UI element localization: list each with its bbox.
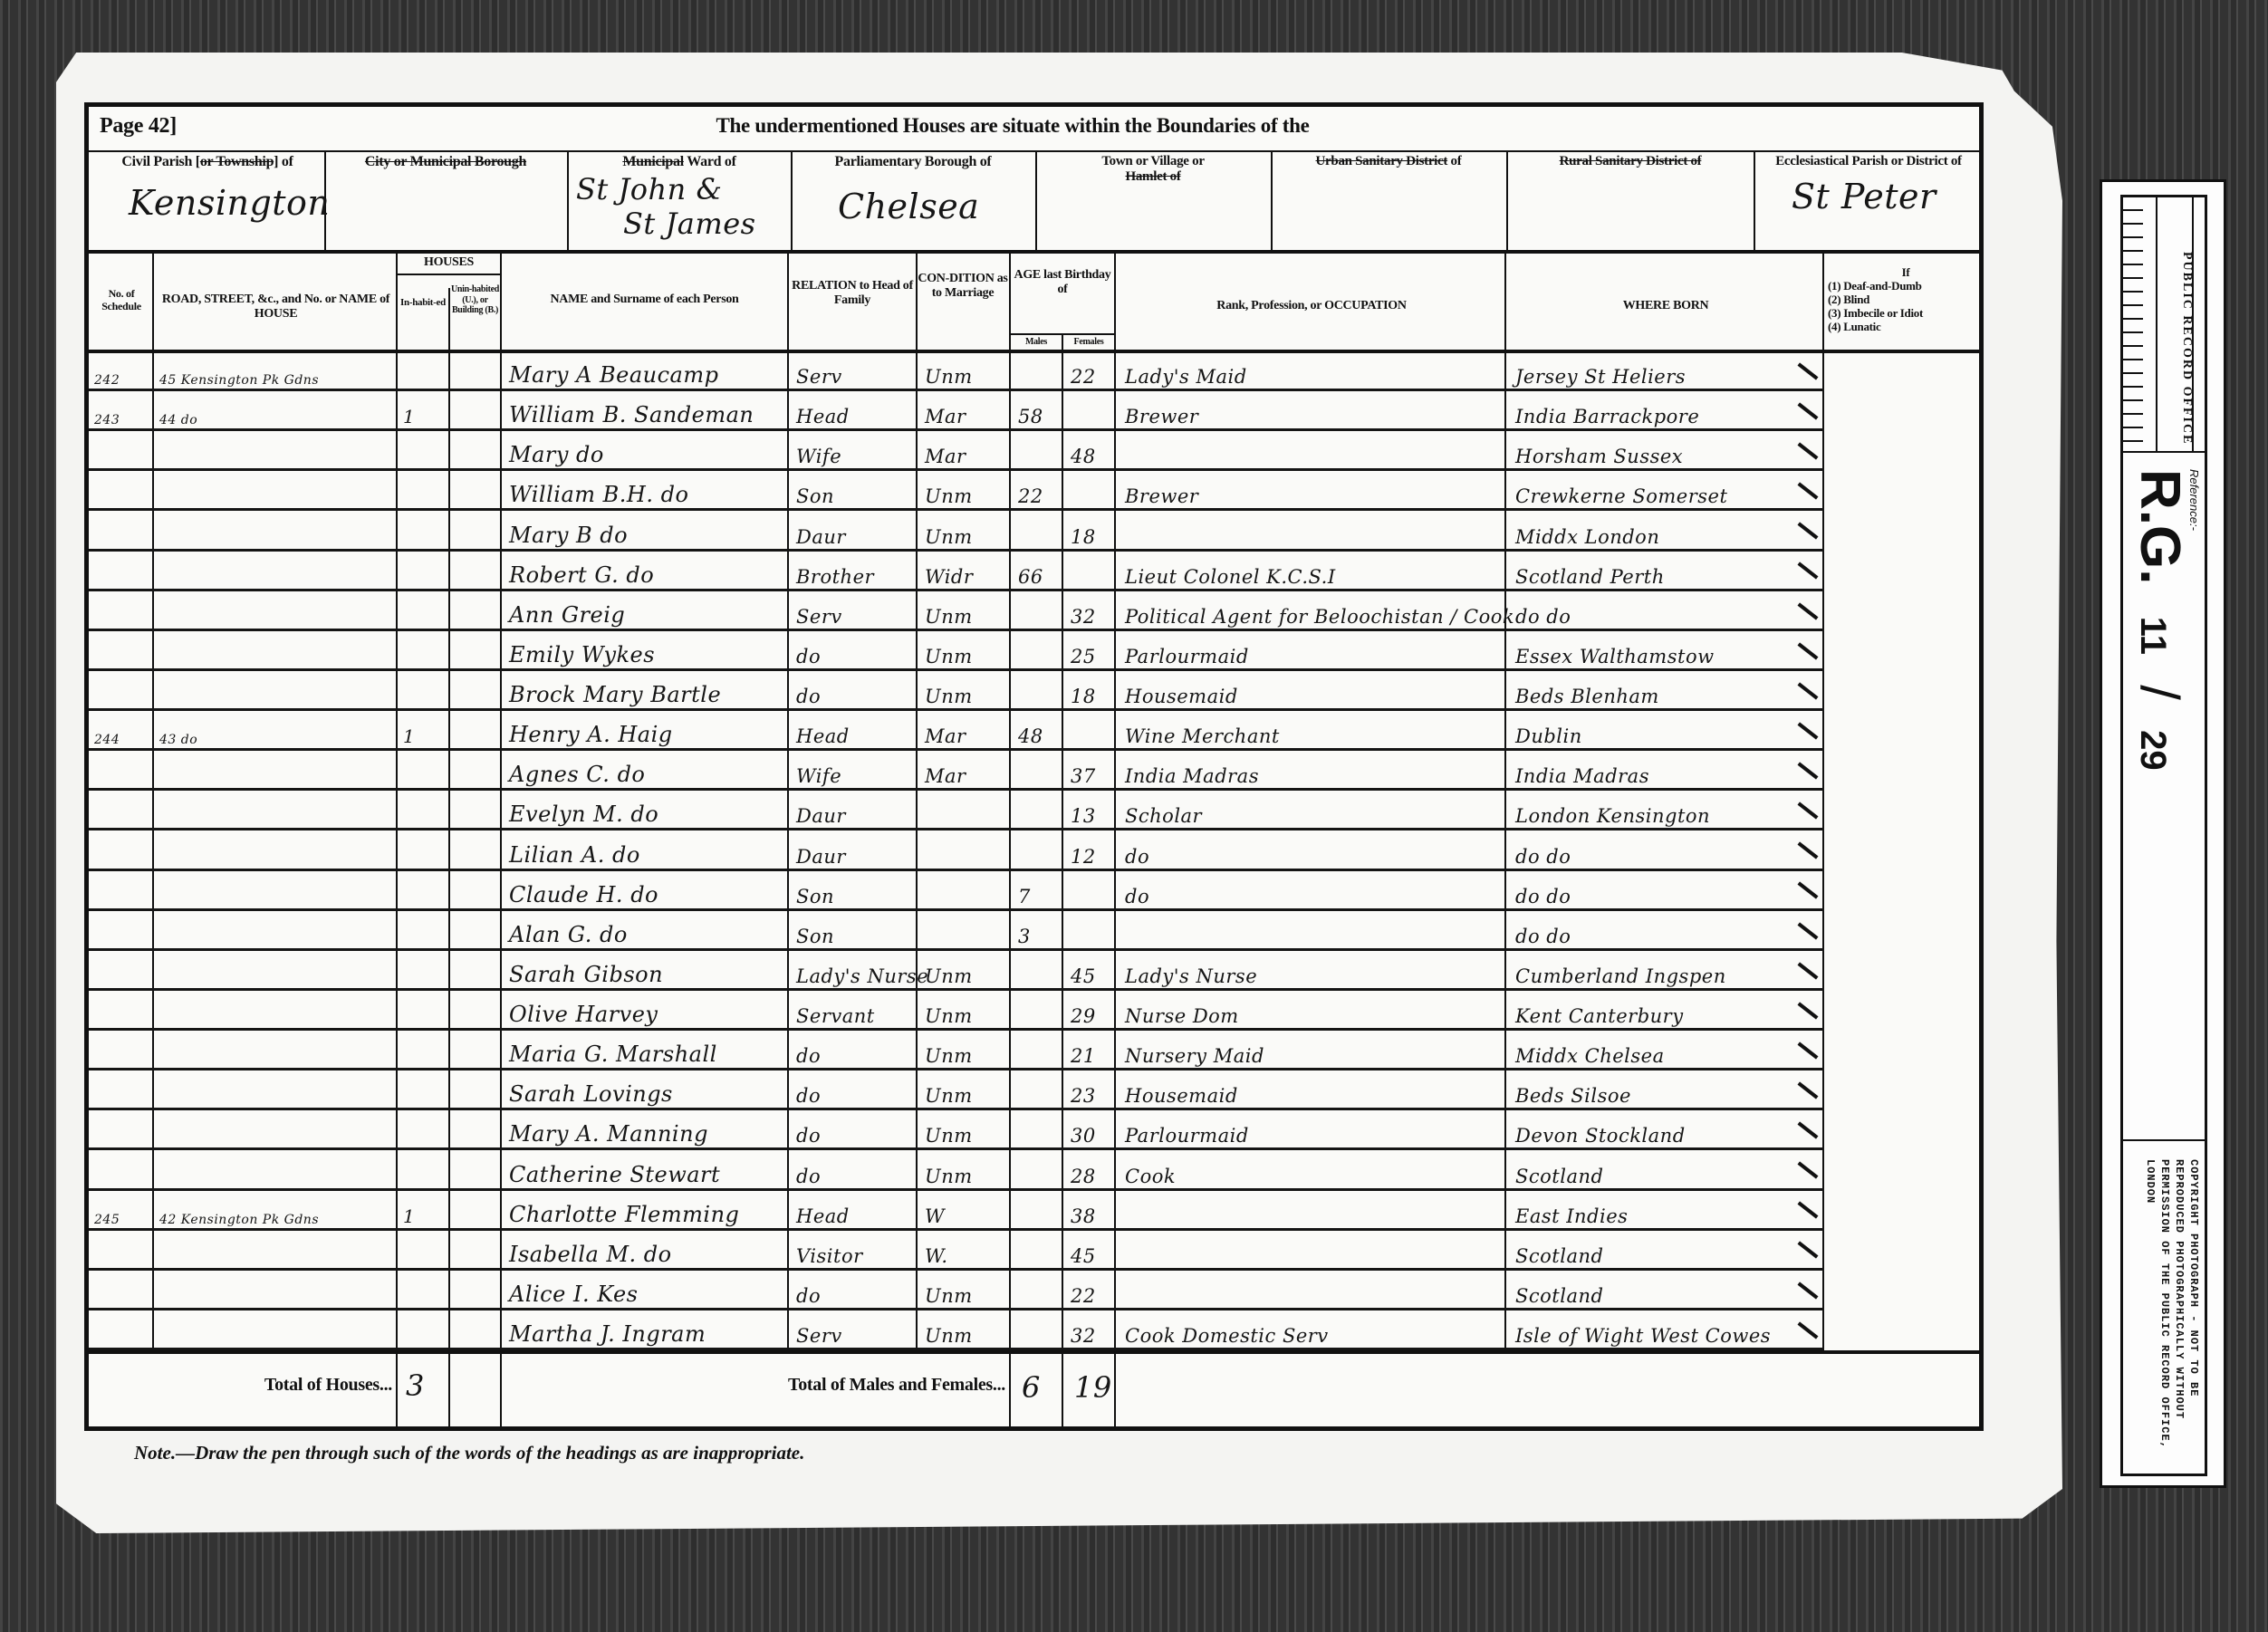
ecclesiastical-parish-value: St Peter [1755, 177, 1982, 216]
female-age-cell: 23 [1065, 1070, 1114, 1110]
occupation-cell: Housemaid [1120, 671, 1504, 711]
table-row: Claude H. doSon7dodo do [89, 871, 1980, 911]
female-age-cell: 22 [1065, 351, 1114, 391]
table-row: Sarah GibsonLady's NurseUnm45Lady's Nurs… [89, 951, 1980, 991]
relation-cell: Head [791, 711, 916, 751]
female-age-cell: 28 [1065, 1150, 1114, 1190]
female-age-cell: 30 [1065, 1110, 1114, 1150]
uninhabited-cell [450, 511, 500, 551]
name-cell: William B.H. do [504, 471, 787, 511]
relation-cell: Visitor [791, 1231, 916, 1271]
district-ecclesiastical-parish: Ecclesiastical Parish or District of St … [1755, 154, 1982, 216]
name-cell: Robert G. do [504, 552, 787, 591]
struck-text: Municipal [622, 154, 684, 169]
district-label: Ecclesiastical Parish or District of [1755, 154, 1982, 169]
table-row: Lilian A. doDaur12dodo do [89, 830, 1980, 870]
table-row: Catherine StewartdoUnm28CookScotland [89, 1150, 1980, 1190]
table-row: 24245 Kensington Pk GdnsMary A BeaucampS… [89, 351, 1980, 391]
inhabited-cell [398, 751, 448, 791]
inhabited-cell [398, 431, 448, 471]
relation-cell: Wife [791, 431, 916, 471]
relation-cell: do [791, 1070, 916, 1110]
schedule-cell [89, 911, 152, 951]
table-row: Agnes C. doWifeMar37India MadrasIndia Ma… [89, 751, 1980, 791]
occupation-cell: Cook Domestic Serv [1120, 1310, 1504, 1350]
inhabited-cell [398, 1271, 448, 1310]
page-title: The undermentioned Houses are situate wi… [668, 114, 1357, 138]
divider [89, 1350, 1979, 1354]
ref-series: R.G. [2129, 469, 2191, 584]
occupation-cell: Housemaid [1120, 1070, 1504, 1110]
road-cell [154, 1150, 396, 1190]
strip-frame: PUBLIC RECORD OFFICE Reference:- R.G. 11… [2120, 195, 2207, 1476]
table-row: 24443 do1Henry A. HaigHeadMar48Wine Merc… [89, 711, 1980, 751]
relation-cell: Servant [791, 991, 916, 1031]
name-cell: Isabella M. do [504, 1231, 787, 1271]
uninhabited-cell [450, 471, 500, 511]
where-born-cell: Scotland [1510, 1271, 1822, 1310]
name-cell: Alan G. do [504, 911, 787, 951]
where-born-cell: Scotland [1510, 1150, 1822, 1190]
infirmity-option: (2) Blind [1828, 293, 1984, 307]
road-cell [154, 991, 396, 1031]
uninhabited-cell [450, 631, 500, 671]
schedule-cell [89, 1150, 152, 1190]
road-cell [154, 552, 396, 591]
name-cell: Martha J. Ingram [504, 1310, 787, 1350]
condition-cell [919, 911, 1009, 951]
inhabited-cell: 1 [398, 1191, 448, 1231]
table-row: Alice I. KesdoUnm22Scotland [89, 1271, 1980, 1310]
uninhabited-cell [450, 1070, 500, 1110]
relation-cell: Daur [791, 791, 916, 830]
uninhabited-cell [450, 1231, 500, 1271]
uninhabited-cell [450, 1150, 500, 1190]
male-age-cell: 66 [1013, 552, 1062, 591]
occupation-cell: India Madras [1120, 751, 1504, 791]
road-cell [154, 1031, 396, 1070]
inhabited-cell [398, 1310, 448, 1350]
condition-cell [919, 871, 1009, 911]
relation-cell: Serv [791, 591, 916, 631]
road-cell [154, 631, 396, 671]
condition-cell: Mar [919, 711, 1009, 751]
uninhabited-cell [450, 552, 500, 591]
table-row: 24542 Kensington Pk Gdns1Charlotte Flemm… [89, 1191, 1980, 1231]
relation-cell: Brother [791, 552, 916, 591]
relation-cell: Son [791, 911, 916, 951]
name-cell: Mary do [504, 431, 787, 471]
name-cell: Evelyn M. do [504, 791, 787, 830]
schedule-cell [89, 830, 152, 870]
schedule-cell [89, 1070, 152, 1110]
road-cell [154, 951, 396, 991]
male-age-cell: 48 [1013, 711, 1062, 751]
parliamentary-borough-value: Chelsea [793, 187, 1033, 226]
road-cell [154, 431, 396, 471]
district-municipal-ward: Municipal Ward of St John & St James [569, 154, 790, 241]
condition-cell: Mar [919, 431, 1009, 471]
schedule-cell [89, 511, 152, 551]
male-age-cell [1013, 431, 1062, 471]
road-cell [154, 751, 396, 791]
male-age-cell [1013, 991, 1062, 1031]
female-age-cell: 18 [1065, 671, 1114, 711]
uninhabited-cell [450, 830, 500, 870]
ward-value-line1: St John & [569, 172, 790, 206]
schedule-cell [89, 471, 152, 511]
name-cell: Olive Harvey [504, 991, 787, 1031]
inhabited-cell [398, 1031, 448, 1070]
inhabited-cell [398, 791, 448, 830]
relation-cell: Lady's Nurse [791, 951, 916, 991]
struck-text: Rural Sanitary District of [1508, 154, 1753, 169]
uninhabited-cell [450, 751, 500, 791]
inhabited-cell [398, 471, 448, 511]
ref-piece: 11 [2133, 617, 2173, 655]
col-occupation: Rank, Profession, or OCCUPATION [1118, 299, 1505, 313]
road-cell [154, 1271, 396, 1310]
male-age-cell [1013, 1310, 1062, 1350]
where-born-cell: India Madras [1510, 751, 1822, 791]
divider [2123, 1139, 2205, 1141]
occupation-cell: Lady's Nurse [1120, 951, 1504, 991]
inhabited-cell: 1 [398, 711, 448, 751]
schedule-cell: 243 [89, 391, 152, 431]
table-row: Evelyn M. doDaur13ScholarLondon Kensingt… [89, 791, 1980, 830]
where-born-cell: Middx London [1510, 511, 1822, 551]
name-cell: Brock Mary Bartle [504, 671, 787, 711]
relation-cell: do [791, 1031, 916, 1070]
col-age: AGE last Birthday of [1011, 268, 1114, 297]
col-name: NAME and Surname of each Person [502, 293, 787, 307]
male-age-cell [1013, 671, 1062, 711]
road-cell: 44 do [154, 391, 396, 431]
district-label: Parliamentary Borough of [793, 154, 1033, 170]
total-houses-label: Total of Houses... [197, 1375, 392, 1396]
male-age-cell: 3 [1013, 911, 1062, 951]
male-age-cell [1013, 951, 1062, 991]
male-age-cell [1013, 631, 1062, 671]
male-age-cell [1013, 1070, 1062, 1110]
struck-text: Urban Sanitary District [1316, 154, 1448, 168]
condition-cell: Mar [919, 751, 1009, 791]
uninhabited-cell [450, 591, 500, 631]
male-age-cell [1013, 1231, 1062, 1271]
schedule-cell [89, 1031, 152, 1070]
male-age-cell [1013, 830, 1062, 870]
condition-cell: Unm [919, 471, 1009, 511]
office-name: PUBLIC RECORD OFFICE [2179, 252, 2194, 445]
road-cell [154, 1231, 396, 1271]
name-cell: Sarah Gibson [504, 951, 787, 991]
inhabited-cell [398, 911, 448, 951]
schedule-cell [89, 1271, 152, 1310]
uninhabited-cell [450, 1271, 500, 1310]
female-age-cell: 32 [1065, 591, 1114, 631]
page-number: Page 42] [100, 114, 177, 139]
total-houses-value: 3 [406, 1368, 425, 1403]
reference-number: R.G. 11 / 29 [2128, 469, 2192, 771]
total-persons-label: Total of Males and Females... [723, 1375, 1005, 1396]
col-infirmity: If (1) Deaf-and-Dumb (2) Blind (3) Imbec… [1828, 266, 1984, 334]
occupation-cell: Lady's Maid [1120, 351, 1504, 391]
schedule-cell [89, 431, 152, 471]
occupation-cell: Parlourmaid [1120, 631, 1504, 671]
schedule-cell [89, 991, 152, 1031]
name-cell: Sarah Lovings [504, 1070, 787, 1110]
male-age-cell [1013, 1110, 1062, 1150]
condition-cell: Unm [919, 1150, 1009, 1190]
road-cell [154, 671, 396, 711]
occupation-cell [1120, 911, 1504, 951]
table-row: Brock Mary BartledoUnm18HousemaidBeds Bl… [89, 671, 1980, 711]
schedule-cell: 242 [89, 351, 152, 391]
table-row: William B.H. doSonUnm22BrewerCrewkerne S… [89, 471, 1980, 511]
uninhabited-cell [450, 1031, 500, 1070]
condition-cell: Widr [919, 552, 1009, 591]
where-born-cell: Cumberland Ingspen [1510, 951, 1822, 991]
occupation-cell [1120, 1231, 1504, 1271]
name-cell: Claude H. do [504, 871, 787, 911]
relation-cell: Son [791, 471, 916, 511]
where-born-cell: Crewkerne Somerset [1510, 471, 1822, 511]
relation-cell: Daur [791, 511, 916, 551]
inhabited-cell [398, 351, 448, 391]
occupation-cell: do [1120, 830, 1504, 870]
male-age-cell [1013, 791, 1062, 830]
inhabited-cell [398, 511, 448, 551]
relation-cell: Serv [791, 351, 916, 391]
road-cell [154, 911, 396, 951]
table-row: Robert G. doBrotherWidr66Lieut Colonel K… [89, 552, 1980, 591]
female-age-cell: 18 [1065, 511, 1114, 551]
inhabited-cell [398, 871, 448, 911]
occupation-cell: Brewer [1120, 391, 1504, 431]
female-age-cell [1065, 471, 1114, 511]
where-born-cell: do do [1510, 830, 1822, 870]
male-age-cell [1013, 351, 1062, 391]
struck-text: or Township [200, 154, 274, 169]
female-age-cell: 12 [1065, 830, 1114, 870]
female-age-cell: 29 [1065, 991, 1114, 1031]
uninhabited-cell [450, 951, 500, 991]
condition-cell: Unm [919, 631, 1009, 671]
where-born-cell: Essex Walthamstow [1510, 631, 1822, 671]
male-age-cell [1013, 1271, 1062, 1310]
infirmity-title: If [1828, 266, 1984, 280]
col-uninhabited: Unin-habited (U.), or Building (B.) [450, 284, 500, 316]
inhabited-cell [398, 1150, 448, 1190]
table-row: Emily WykesdoUnm25ParlourmaidEssex Walth… [89, 631, 1980, 671]
district-town-village: Town or Village orHamlet of [1037, 154, 1269, 186]
relation-cell: do [791, 1271, 916, 1310]
female-age-cell: 32 [1065, 1310, 1114, 1350]
district-municipal-borough: City or Municipal Borough [326, 154, 565, 170]
where-born-cell: do do [1510, 911, 1822, 951]
uninhabited-cell [450, 431, 500, 471]
table-row: Ann GreigServUnm32Political Agent for Be… [89, 591, 1980, 631]
uninhabited-cell [450, 911, 500, 951]
male-age-cell: 58 [1013, 391, 1062, 431]
infirmity-option: (1) Deaf-and-Dumb [1828, 280, 1984, 293]
occupation-cell: Parlourmaid [1120, 1110, 1504, 1150]
condition-cell: Unm [919, 951, 1009, 991]
where-born-cell: Scotland [1510, 1231, 1822, 1271]
name-cell: Emily Wykes [504, 631, 787, 671]
schedule-cell [89, 1231, 152, 1271]
total-females-value: 19 [1074, 1370, 1112, 1405]
male-age-cell [1013, 511, 1062, 551]
table-row: Sarah LovingsdoUnm23HousemaidBeds Silsoe [89, 1070, 1980, 1110]
uninhabited-cell [450, 791, 500, 830]
where-born-cell: Horsham Sussex [1510, 431, 1822, 471]
name-cell: Charlotte Flemming [504, 1191, 787, 1231]
female-age-cell: 37 [1065, 751, 1114, 791]
relation-cell: do [791, 1150, 916, 1190]
female-age-cell: 48 [1065, 431, 1114, 471]
occupation-cell: Political Agent for Beloochistan / Cook [1120, 591, 1504, 631]
inhabited-cell [398, 671, 448, 711]
occupation-cell: do [1120, 871, 1504, 911]
road-cell [154, 830, 396, 870]
schedule-cell [89, 552, 152, 591]
district-urban-sanitary: Urban Sanitary District of [1273, 154, 1504, 169]
occupation-cell: Scholar [1120, 791, 1504, 830]
road-cell [154, 511, 396, 551]
male-age-cell: 7 [1013, 871, 1062, 911]
table-row: Mary A. ManningdoUnm30ParlourmaidDevon S… [89, 1110, 1980, 1150]
condition-cell: Unm [919, 1271, 1009, 1310]
name-cell: Lilian A. do [504, 830, 787, 870]
col-where-born: WHERE BORN [1508, 299, 1823, 313]
occupation-cell [1120, 511, 1504, 551]
where-born-cell: Kent Canterbury [1510, 991, 1822, 1031]
relation-cell: Daur [791, 830, 916, 870]
ref-separator: / [2129, 685, 2190, 700]
female-age-cell [1065, 552, 1114, 591]
where-born-cell: Jersey St Heliers [1510, 351, 1822, 391]
where-born-cell: Beds Silsoe [1510, 1070, 1822, 1110]
col-females: Females [1063, 337, 1114, 348]
condition-cell: Unm [919, 351, 1009, 391]
uninhabited-cell [450, 1310, 500, 1350]
name-cell: Mary A. Manning [504, 1110, 787, 1150]
inhabited-cell [398, 1231, 448, 1271]
occupation-cell: Brewer [1120, 471, 1504, 511]
district-civil-parish: Civil Parish [or Township] of Kensington [92, 154, 322, 223]
uninhabited-cell [450, 991, 500, 1031]
copyright-notice: COPYRIGHT PHOTOGRAPH - NOT TO BE REPRODU… [2143, 1159, 2201, 1467]
condition-cell: Unm [919, 671, 1009, 711]
relation-cell: Head [791, 391, 916, 431]
table-row: 24344 do1William B. SandemanHeadMar58Bre… [89, 391, 1980, 431]
col-males: Males [1011, 337, 1062, 348]
occupation-cell [1120, 1271, 1504, 1310]
table-row: Mary doWifeMar48Horsham Sussex [89, 431, 1980, 471]
col-condition: CON-DITION as to Marriage [918, 272, 1008, 301]
divider [89, 250, 1979, 254]
name-cell: Agnes C. do [504, 751, 787, 791]
male-age-cell [1013, 1031, 1062, 1070]
inhabited-cell [398, 1070, 448, 1110]
where-born-cell: London Kensington [1510, 791, 1822, 830]
road-cell: 43 do [154, 711, 396, 751]
where-born-cell: Isle of Wight West Cowes [1510, 1310, 1822, 1350]
inhabited-cell [398, 991, 448, 1031]
female-age-cell: 22 [1065, 1271, 1114, 1310]
uninhabited-cell [450, 671, 500, 711]
condition-cell [919, 830, 1009, 870]
district-rural-sanitary: Rural Sanitary District of [1508, 154, 1753, 169]
relation-cell: Son [791, 871, 916, 911]
name-cell: Alice I. Kes [504, 1271, 787, 1310]
uninhabited-cell [450, 871, 500, 911]
female-age-cell: 21 [1065, 1031, 1114, 1070]
inhabited-cell [398, 552, 448, 591]
name-cell: Henry A. Haig [504, 711, 787, 751]
male-age-cell: 22 [1013, 471, 1062, 511]
uninhabited-cell [450, 391, 500, 431]
road-cell: 45 Kensington Pk Gdns [154, 351, 396, 391]
road-cell [154, 871, 396, 911]
male-age-cell [1013, 1191, 1062, 1231]
census-form: Page 42] The undermentioned Houses are s… [84, 102, 1984, 1431]
where-born-cell: Dublin [1510, 711, 1822, 751]
occupation-cell: Nursery Maid [1120, 1031, 1504, 1070]
female-age-cell: 13 [1065, 791, 1114, 830]
relation-cell: do [791, 631, 916, 671]
where-born-cell: do do [1510, 871, 1822, 911]
condition-cell: Unm [919, 991, 1009, 1031]
occupation-cell: Cook [1120, 1150, 1504, 1190]
inhabited-cell [398, 1110, 448, 1150]
table-row: Alan G. doSon3do do [89, 911, 1980, 951]
total-males-value: 6 [1022, 1370, 1041, 1405]
condition-cell: Unm [919, 1110, 1009, 1150]
road-cell [154, 471, 396, 511]
inhabited-cell [398, 631, 448, 671]
female-age-cell [1065, 391, 1114, 431]
col-relation: RELATION to Head of Family [789, 279, 916, 308]
divider [2123, 451, 2205, 453]
road-cell: 42 Kensington Pk Gdns [154, 1191, 396, 1231]
name-cell: Catherine Stewart [504, 1150, 787, 1190]
female-age-cell: 45 [1065, 951, 1114, 991]
inhabited-cell [398, 951, 448, 991]
ward-value-line2: St James [569, 206, 790, 241]
uninhabited-cell [450, 1191, 500, 1231]
condition-cell: Unm [919, 511, 1009, 551]
uninhabited-cell [450, 711, 500, 751]
inhabited-cell [398, 830, 448, 870]
relation-cell: Serv [791, 1310, 916, 1350]
schedule-cell [89, 1110, 152, 1150]
male-age-cell [1013, 591, 1062, 631]
census-table-body: 24245 Kensington Pk GdnsMary A BeaucampS… [89, 351, 1980, 1350]
where-born-cell: India Barrackpore [1510, 391, 1822, 431]
female-age-cell: 25 [1065, 631, 1114, 671]
name-cell: William B. Sandeman [504, 391, 787, 431]
name-cell: Ann Greig [504, 591, 787, 631]
form-note: Note.—Draw the pen through such of the w… [134, 1442, 804, 1464]
condition-cell: Unm [919, 591, 1009, 631]
relation-cell: Wife [791, 751, 916, 791]
condition-cell: Unm [919, 1070, 1009, 1110]
name-cell: Mary B do [504, 511, 787, 551]
condition-cell: Mar [919, 391, 1009, 431]
where-born-cell: East Indies [1510, 1191, 1822, 1231]
